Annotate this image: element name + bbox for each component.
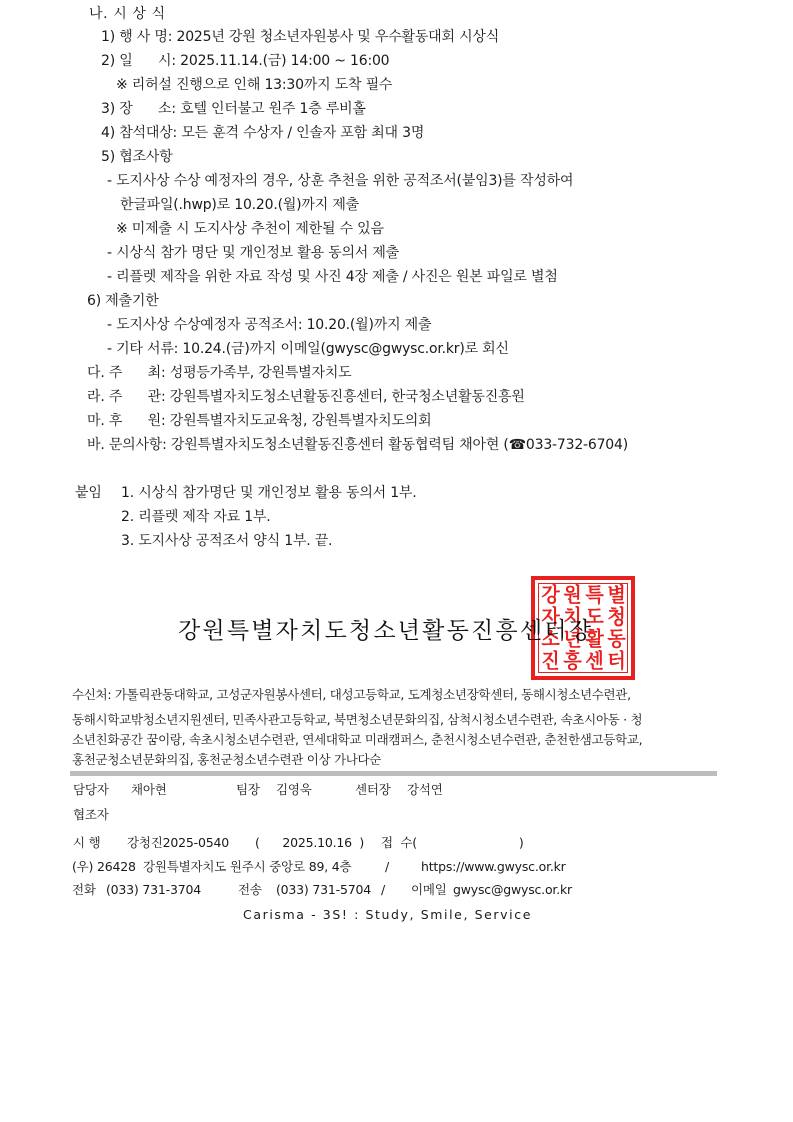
event-venue-value: 호텔 인터불고 원주 1층 루비홀 [180,101,366,117]
event-venue-label: 3) 장 소: [101,101,176,117]
recipients-line-2: 동해시학교밖청소년지원센터, 민족사관고등학교, 북면청소년문화의집, 삼척시청… [72,711,642,729]
leader-name: 김영욱 [276,781,312,799]
attachment-item-2: 2. 리플렛 제작 자료 1부. [121,508,271,526]
event-datetime-row: 2) 일 시: 2025.11.14.(금) 14:00 ~ 16:00 [101,52,389,70]
attachments-label: 붙임 [75,484,102,502]
cooperation-item-1-cont: 한글파일(.hwp)로 10.20.(월)까지 제출 [120,196,359,214]
address: 강원특별자치도 원주시 중앙로 89, 4층 [143,858,351,876]
motto: Carisma - 3S! : Study, Smile, Service [243,906,532,924]
sponsor-row: 마. 후 원: 강원특별자치도교육청, 강원특별자치도의회 [87,412,431,430]
host-value: 성평등가족부, 강원특별자치도 [170,365,352,381]
separator: / [385,858,389,876]
cooperation-note: ※ 미제출 시 도지사상 추천이 제한될 수 있음 [116,220,384,238]
email-label: 이메일 [411,881,447,899]
issue-date: ( 2025.10.16 ) [255,834,364,852]
cooperation-item-2: - 시상식 참가 명단 및 개인정보 활용 동의서 제출 [107,244,399,262]
seal-char: 강 [539,583,561,606]
event-name-value: 2025년 강원 청소년자원봉사 및 우수활동대회 시상식 [176,29,499,45]
seal-char: 동 [605,627,627,650]
cooperation-heading: 5) 협조사항 [101,148,173,166]
fax-number: (033) 731-5704 [276,881,371,899]
attachment-item-3: 3. 도지사상 공적조서 양식 1부. 끝. [121,532,332,550]
event-datetime-label: 2) 일 시: [101,53,176,69]
recipients-line-4: 홍천군청소년문화의집, 홍천군청소년수련관 이상 가나다순 [72,751,381,769]
event-name-label: 1) 행 사 명: [101,29,172,45]
attendees-label: 4) 참석대상: [101,125,177,141]
event-name-row: 1) 행 사 명: 2025년 강원 청소년자원봉사 및 우수활동대회 시상식 [101,28,499,46]
staff-name: 채아현 [131,781,167,799]
host-row: 다. 주 최: 성평등가족부, 강원특별자치도 [87,364,351,382]
receipt-field: 접 수( ) [381,834,524,852]
rehearsal-note: ※ 리허설 진행으로 인해 13:30까지 도착 필수 [116,76,392,94]
director-name: 강석연 [407,781,443,799]
recipients-line-3: 소년친화공간 꿈이랑, 속초시청소년수련관, 연세대학교 미래캠퍼스, 춘천시청… [72,731,642,749]
footer-divider [70,771,717,776]
recipients-line-1: 수신처: 가톨릭관동대학교, 고성군자원봉사센터, 대성고등학교, 도계청소년장… [72,686,631,704]
sender-title: 강원특별자치도청소년활동진흥센터장 [178,616,593,646]
cooperation-item-3: - 리플렛 제작을 위한 자료 작성 및 사진 4장 제출 / 사진은 원본 파… [107,268,558,286]
seal-char: 원 [561,583,583,606]
phone-number: (033) 731-3704 [106,881,201,899]
attendees-value: 모든 훈격 수상자 / 인솔자 포함 최대 3명 [181,125,424,141]
section-heading-ceremony: 나. 시 상 식 [89,5,166,23]
inquiry-row: 바. 문의사항: 강원특별자치도청소년활동진흥센터 활동협력팀 채아현 (☎03… [87,436,628,454]
sponsor-label: 마. 후 원: [87,413,166,429]
seal-char: 센 [583,649,605,672]
fax-label: 전송 [238,881,262,899]
deadline-item-1: - 도지사상 수상예정자 공적조서: 10.20.(월)까지 제출 [107,316,431,334]
seal-char: 흥 [561,649,583,672]
host-label: 다. 주 최: [87,365,166,381]
staff-label: 담당자 [73,781,109,799]
director-label: 센터장 [355,781,391,799]
cooperation-item-1: - 도지사상 수상 예정자의 경우, 상훈 추천을 위한 공적조서(붙임3)를 … [107,172,573,190]
website-link[interactable]: https://www.gwysc.or.kr [421,858,566,876]
seal-char: 터 [605,649,627,672]
issue-label: 시 행 [73,834,101,852]
event-venue-row: 3) 장 소: 호텔 인터불고 원주 1층 루비홀 [101,100,366,118]
phone-label: 전화 [72,881,96,899]
organizer-value: 강원특별자치도청소년활동진흥센터, 한국청소년활동진흥원 [170,389,525,405]
separator: / [381,881,385,899]
seal-char: 청 [605,605,627,628]
organizer-label: 라. 주 관: [87,389,166,405]
seal-char: 별 [605,583,627,606]
cooperator-label: 협조자 [73,806,109,824]
organizer-row: 라. 주 관: 강원특별자치도청소년활동진흥센터, 한국청소년활동진흥원 [87,388,525,406]
email-link[interactable]: gwysc@gwysc.or.kr [453,881,572,899]
deadline-item-2: - 기타 서류: 10.24.(금)까지 이메일(gwysc@gwysc.or.… [107,340,509,358]
leader-label: 팀장 [236,781,260,799]
seal-char: 진 [539,649,561,672]
deadline-heading: 6) 제출기한 [87,292,159,310]
seal-char: 특 [583,583,605,606]
inquiry-label: 바. 문의사항: [87,437,167,453]
issue-number: 강청진2025-0540 [127,834,229,852]
event-datetime-value: 2025.11.14.(금) 14:00 ~ 16:00 [180,53,389,69]
inquiry-value: 강원특별자치도청소년활동진흥센터 활동협력팀 채아현 (☎033-732-670… [171,437,628,453]
sponsor-value: 강원특별자치도교육청, 강원특별자치도의회 [170,413,432,429]
attachment-item-1: 1. 시상식 참가명단 및 개인정보 활용 동의서 1부. [121,484,417,502]
attendees-row: 4) 참석대상: 모든 훈격 수상자 / 인솔자 포함 최대 3명 [101,124,424,142]
postal-code: (우) 26428 [72,858,136,876]
